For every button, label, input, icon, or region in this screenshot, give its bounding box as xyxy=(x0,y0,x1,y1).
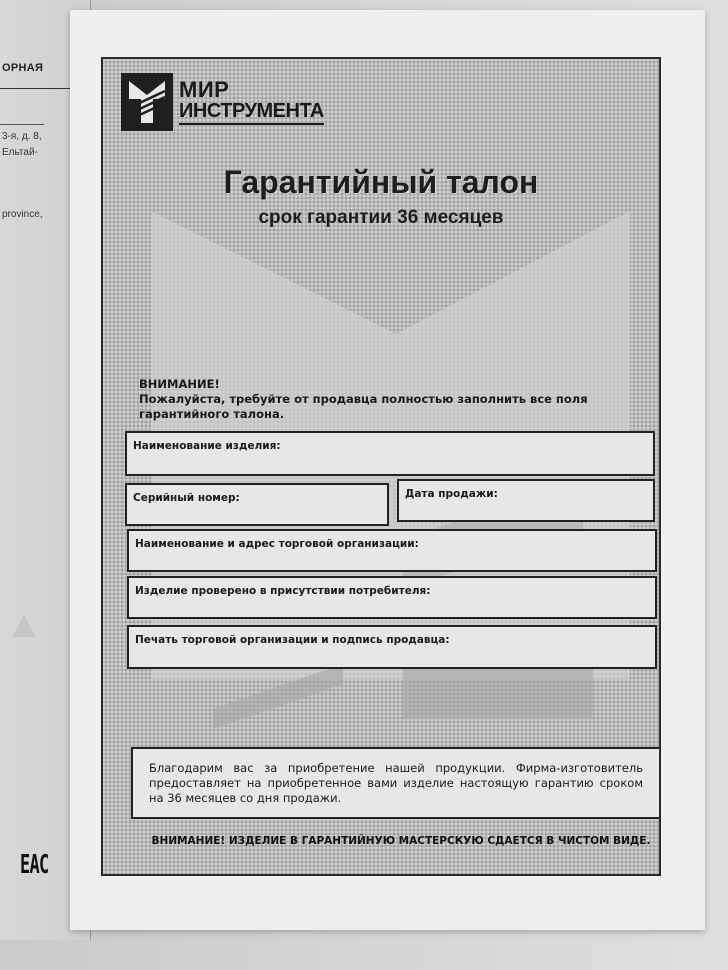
checked-in-presence-field[interactable]: Изделие проверено в присутствии потребит… xyxy=(127,576,657,619)
document-title: Гарантийный талон xyxy=(103,164,659,201)
divider xyxy=(0,88,72,89)
left-page-text: 3-я, д. 8, xyxy=(2,131,42,142)
brand-name-line1: МИР xyxy=(179,79,324,101)
attention-notice: ВНИМАНИЕ! Пожалуйста, требуйте от продав… xyxy=(139,377,619,422)
brand-logo: МИР ИНСТРУМЕНТА xyxy=(121,73,324,131)
document-subtitle: срок гарантии 36 месяцев xyxy=(103,207,659,229)
stamp-signature-field[interactable]: Печать торговой организации и подпись пр… xyxy=(127,625,657,669)
brand-logo-icon xyxy=(121,73,173,131)
field-label: Изделие проверено в присутствии потребит… xyxy=(135,585,430,597)
field-label: Наименование изделия: xyxy=(133,440,281,452)
sale-date-field[interactable]: Дата продажи: xyxy=(397,479,655,522)
thanks-notice: Благодарим вас за приобретение нашей про… xyxy=(131,747,661,819)
field-label: Печать торговой организации и подпись пр… xyxy=(135,634,450,646)
product-name-field[interactable]: Наименование изделия: xyxy=(125,431,655,476)
left-page-text: province, xyxy=(2,209,43,220)
brand-name-line2: ИНСТРУМЕНТА xyxy=(179,101,324,125)
serial-number-field[interactable]: Серийный номер: xyxy=(125,483,389,526)
field-label: Дата продажи: xyxy=(405,488,498,500)
left-page-header: ОРНАЯ xyxy=(2,62,43,74)
eac-mark: EAC xyxy=(20,850,49,880)
store-name-address-field[interactable]: Наименование и адрес торговой организаци… xyxy=(127,529,657,572)
warning-triangle-icon xyxy=(12,615,36,637)
warranty-card: МИР ИНСТРУМЕНТА Гарантийный талон срок г… xyxy=(101,57,661,876)
field-label: Серийный номер: xyxy=(133,492,240,504)
divider xyxy=(0,124,44,125)
field-label: Наименование и адрес торговой организаци… xyxy=(135,538,419,550)
attention-heading: ВНИМАНИЕ! xyxy=(139,377,619,392)
footer-warning: ВНИМАНИЕ! ИЗДЕЛИЕ В ГАРАНТИЙНУЮ МАСТЕРСК… xyxy=(131,835,661,847)
attention-text: Пожалуйста, требуйте от продавца полност… xyxy=(139,392,619,422)
left-page-text: Ельтай- xyxy=(2,147,38,158)
